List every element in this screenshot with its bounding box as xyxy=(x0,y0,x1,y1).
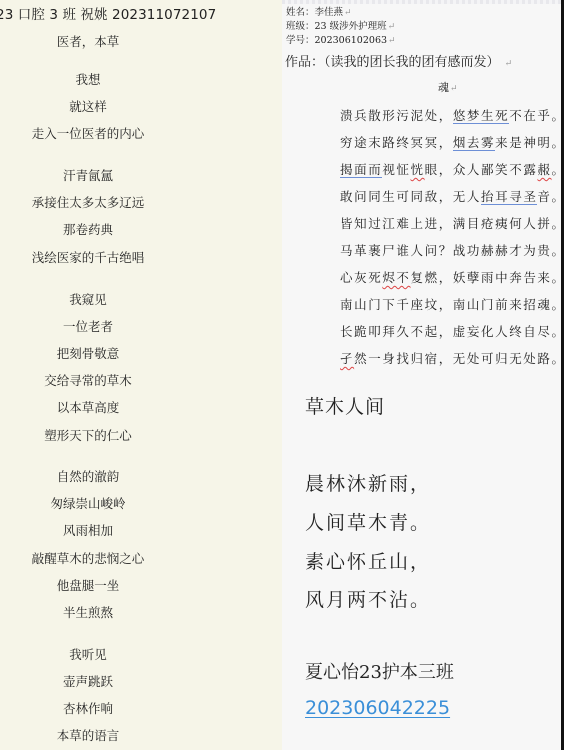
right-document-panel: 姓名：李佳燕↵ 班级：23 级涉外护理班↵ 学号：202306102063↵ 作… xyxy=(282,0,564,750)
poem-line: 以本草高度 xyxy=(0,398,176,416)
grammar-flag[interactable]: 烟去雾 xyxy=(453,135,495,151)
poem-line: 他盘腿一坐 xyxy=(0,576,176,594)
poem-line: 匆绿崇山峻岭 xyxy=(0,494,176,512)
poem-line: 杏林作响 xyxy=(0,699,176,717)
poem-line: 承接住太多太多辽远 xyxy=(0,193,176,211)
poem-line: 就这样 xyxy=(0,97,176,115)
verse-line: 穷途末路终冥冥，烟去雾来是神明。 xyxy=(340,133,564,151)
left-doc-header: 23 口腔 3 班 祝姚 202311072107 xyxy=(0,3,216,23)
section-title: 草木人间 xyxy=(305,392,385,419)
paragraph-mark-icon: ↵ xyxy=(450,84,458,94)
paragraph-mark-icon: ↵ xyxy=(388,36,396,46)
student-id: 学号：202306102063↵ xyxy=(286,32,396,46)
poem-line: 我想 xyxy=(0,70,176,88)
poem-line: 汗青氤氲 xyxy=(0,166,176,184)
grammar-flag[interactable]: 抬耳寻圣 xyxy=(481,189,537,205)
section-line: 晨林沐新雨， xyxy=(305,469,431,496)
section-line: 风月两不沾。 xyxy=(305,585,431,612)
spelling-flag[interactable]: 恍 xyxy=(411,162,425,177)
verse-line: 心灰死烬不复燃，妖孽雨中奔告来。 xyxy=(340,268,564,286)
poem-line: 塑形天下的仁心 xyxy=(0,426,176,444)
poem-line: 走入一位医者的内心 xyxy=(0,124,176,142)
author-id-link[interactable]: 202306042225 xyxy=(305,697,450,719)
poem-line: 浅绘医家的千古绝唱 xyxy=(0,248,176,266)
poem-line: 风雨相加 xyxy=(0,521,176,539)
poem-line: 本草的语言 xyxy=(0,726,176,744)
poem-line: 我听见 xyxy=(0,645,176,663)
section-line: 人间草木青。 xyxy=(305,508,431,535)
spelling-flag[interactable]: 孑 xyxy=(340,351,354,366)
poem-line: 把刻骨敬意 xyxy=(0,344,176,362)
verse-line: 长跪叩拜久不起，虚妄化人终自尽。 xyxy=(340,322,564,340)
poem-title: 魂↵ xyxy=(438,79,458,95)
poem-line: 交给寻常的草木 xyxy=(0,371,176,389)
spelling-flag[interactable]: 烬不 xyxy=(382,270,410,285)
poem-line: 那卷药典 xyxy=(0,220,176,238)
verse-line: 揭面而视怔恍眼，众人鄙笑不露赧。 xyxy=(340,160,564,178)
verse-line: 马革裹尸谁人问？战功赫赫才为贵。 xyxy=(340,241,564,259)
verse-line: 南山门下千座坟，南山门前来招魂。 xyxy=(340,295,564,313)
grammar-flag[interactable]: 悠梦生死 xyxy=(453,108,509,124)
work-title: 作品：（读我的团长我的团有感而发） ↵ xyxy=(285,51,512,70)
left-doc-title: 医者，本草 xyxy=(0,32,176,50)
poem-line: 壶声跳跃 xyxy=(0,672,176,690)
paragraph-mark-icon: ↵ xyxy=(344,8,352,18)
student-class: 班级：23 级涉外护理班↵ xyxy=(286,18,395,32)
paragraph-mark-icon: ↵ xyxy=(505,59,513,69)
verse-line: 孑然一身找归宿，无处可归无处路。 xyxy=(340,349,564,367)
paragraph-mark-icon: ↵ xyxy=(388,22,396,32)
verse-line: 敢问同生可同敌，无人抬耳寻圣音。 xyxy=(340,187,564,205)
verse-line: 皆知过江难上进，满目疮痍何人拼。 xyxy=(340,214,564,232)
spelling-flag[interactable]: 赧 xyxy=(537,162,551,177)
student-name: 姓名：李佳燕↵ xyxy=(286,4,352,18)
section-line: 素心怀丘山， xyxy=(305,547,431,574)
verse-line: 溃兵散形污泥处，悠梦生死不在乎。 xyxy=(340,106,564,124)
poem-line: 半生煎熬 xyxy=(0,603,176,621)
poem-line: 自然的澈韵 xyxy=(0,467,176,485)
section-author: 夏心怡23护本三班 xyxy=(305,658,454,684)
poem-line: 一位老者 xyxy=(0,317,176,335)
left-document-panel: 23 口腔 3 班 祝姚 202311072107 医者，本草 我想 就这样 走… xyxy=(0,0,282,750)
poem-line: 敲醒草木的悲悯之心 xyxy=(0,549,176,567)
grammar-flag[interactable]: 揭面而 xyxy=(340,162,382,178)
poem-line: 我窥见 xyxy=(0,290,176,308)
